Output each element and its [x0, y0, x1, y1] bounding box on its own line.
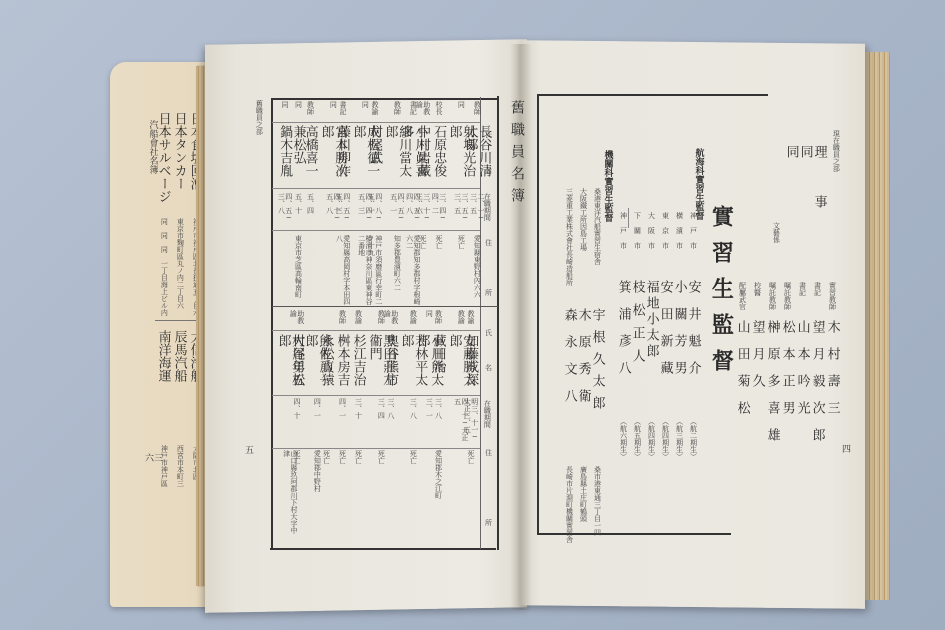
header-address: 住 [485, 450, 492, 457]
company-name: 南洋海運 [156, 330, 170, 382]
section-title: 實習生監督 [708, 205, 734, 385]
right-running-title: 現在職員之部 [832, 130, 839, 172]
engine-supervisor: 大阪鐵工所因島工場 木原秀衛 廣島縣土庄町鶴頭 [576, 188, 590, 546]
staff-member: 嘱託教師 榊原多喜雄 [765, 282, 779, 465]
right-page-edge [862, 52, 890, 600]
right-top-rule [538, 94, 768, 96]
back-page-number: 六三 [145, 455, 163, 464]
staff-row: 同 成松德一郎 四、四─五、三 横濱市神奈川區東神谷二番地 [351, 101, 378, 305]
staff-row: 同 宮本勝次郎 四、十─五、八 [319, 101, 346, 231]
director-role: 同 [784, 145, 798, 158]
right-left-rule [537, 94, 539, 534]
company-name: 辰馬汽船 [172, 330, 186, 382]
right-page-number: 四 [842, 446, 851, 455]
staff-row: 教諭 杉江吉治 三、十 死亡 [351, 310, 365, 490]
company-address: 西宮市本町三 [176, 445, 183, 545]
staff-row: 教師 黑田莊左衞門 三、四 死亡 [367, 310, 394, 490]
nav-divider [628, 208, 629, 228]
header-surname: 氏 [485, 330, 492, 337]
staff-member: 配屬武官 山田菊松 [735, 282, 749, 465]
engine-supervisor: 桑港東洋汽船實習生宿舎 宇根久太郎 桑市港東通三丁目一四 [590, 188, 604, 546]
staff-row: 熊佐爲一郎 四、一 愛知郡中野村 [303, 310, 330, 510]
staff-member: 書記 山本吟光 [795, 282, 809, 465]
director-role: 同 [798, 145, 812, 158]
staff-row: 教師 細川當太郎 四、五─五、一 知多郡豊濱町六二 [383, 101, 410, 305]
table-bottom-rule [270, 548, 496, 550]
staff-member: 嘱託教師 松本正男 [780, 282, 794, 465]
staff-member: 實習教師 木村壽三 [825, 282, 839, 465]
nav-supervisor: 神戸市 箕浦彥八 （航六期生） [616, 212, 630, 460]
staff-row: 教師 桝本房吉 四、一 死亡 [335, 310, 349, 490]
company-name: 日本タンカー [172, 112, 186, 190]
staff-row: 同 鍋木吉胤 四、五─三、八 [277, 101, 292, 231]
director-label: 事 [812, 195, 826, 208]
table-top-rule [272, 98, 498, 100]
table-right-rule [497, 96, 499, 550]
header-name: 名 [485, 365, 492, 372]
left-running-title: 舊職員之部 [255, 100, 262, 135]
nav-supervisor: 東京市 安田新藏 （航四期生） [658, 212, 672, 460]
staff-member: 書記 望月毅次郎 [810, 282, 824, 465]
header-address-2: 所 [485, 520, 492, 527]
mid-rule [272, 306, 498, 307]
staff-row: 教師 高橋喜一 五、四 [303, 101, 317, 231]
left-page-number: 五 [245, 447, 254, 456]
engine-supervisor: 三菱重工業株式會社長崎造船所 森永文八 長崎市片淵町機關實習舎 [562, 188, 576, 546]
director-role: 理 [812, 145, 826, 158]
table-left-rule [271, 98, 273, 550]
nav-supervisor: 下關市 枝松正人 （航五期生） [630, 212, 644, 460]
staff-row: 教諭 若林平太郎 三、八 死亡 [399, 310, 426, 490]
header-period: 在職期間 [483, 400, 490, 428]
nav-section-title: 航海科實習生監督 [693, 148, 702, 220]
staff-member: 校醫 望月久 [750, 282, 764, 465]
staff-row: 同 射場光治郎 三、五─三、五 死亡 [447, 101, 474, 305]
bunbu-label: 文藝係 [772, 222, 779, 243]
staff-row: 村尾勇五郎 山口縣玖珂郡川下村大字中津 [276, 310, 303, 540]
company-name: 日本サルベージ [156, 112, 170, 203]
left-side-title: 舊職員名簿 [507, 100, 527, 210]
staff-row: 同 兼松弘 五、十 東京市芝區高輪南町 [291, 101, 305, 305]
nav-supervisor: 神戸市 安井魁介 （航二期生） [686, 212, 700, 460]
nav-supervisor: 大阪市 福地小太郎 （航四期生） [644, 212, 658, 460]
staff-row: 教諭 安藤勝太郎 四、十─大正五 [447, 310, 474, 444]
nav-supervisor: 横濱市 小關芳男 （航三期生） [672, 212, 686, 460]
staff-row: 校長 石原忠俊 三、四─四、二 死亡 [431, 101, 446, 305]
